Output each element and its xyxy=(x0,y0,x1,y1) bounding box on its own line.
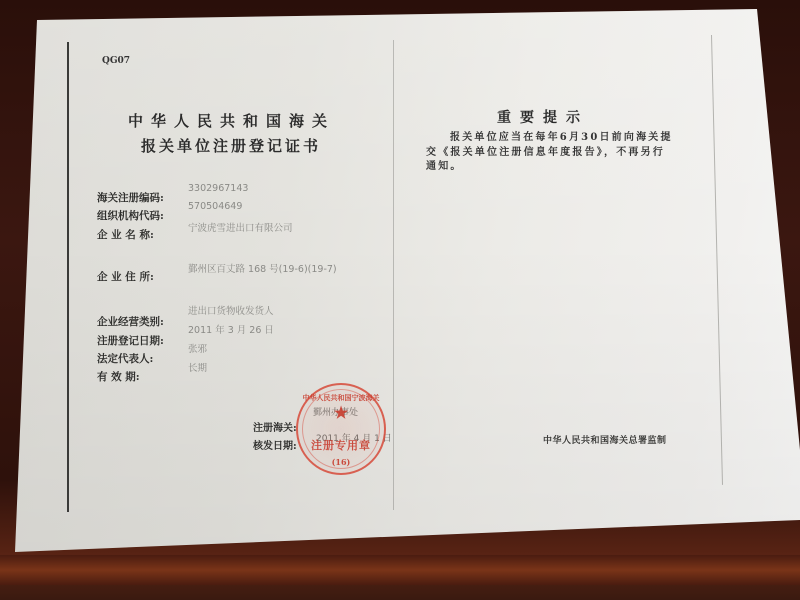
notice-body: 报关单位应当在每年6月30日前向海关提交《报关单位注册信息年度报告》，不再另行通… xyxy=(426,131,676,175)
form-code: QG07 xyxy=(102,56,130,66)
certificate-title-line1: 中华人民共和国海关 xyxy=(128,110,335,131)
notice-title: 重要提示 xyxy=(497,107,589,127)
official-seal: 中华人民共和国宁波海关 ★ 注册专用章 (16) xyxy=(296,383,386,475)
customs-reg-no-label: 海关注册编码: xyxy=(97,190,164,205)
registration-date-label: 注册登记日期: xyxy=(97,333,164,348)
business-type-label: 企业经营类别: xyxy=(97,314,164,329)
company-address-value: 鄞州区百丈路 168 号(19-6)(19-7) xyxy=(188,261,337,275)
table-surface xyxy=(0,555,800,585)
seal-top-text: 中华人民共和国宁波海关 xyxy=(298,393,384,403)
business-type-value: 进出口货物收发货人 xyxy=(188,303,274,317)
fold-line xyxy=(393,40,394,510)
company-name-value: 宁波虎雪进出口有限公司 xyxy=(188,220,293,234)
company-name-label: 企 业 名 称: xyxy=(97,227,154,242)
certificate-paper xyxy=(0,0,800,600)
seal-number: (16) xyxy=(298,457,384,467)
legal-rep-value: 张邪 xyxy=(188,341,207,355)
registration-date-value: 2011 年 3 月 26 日 xyxy=(188,322,274,336)
issue-date-label: 核发日期: xyxy=(253,437,297,452)
star-icon: ★ xyxy=(298,403,384,422)
company-address-label: 企 业 住 所: xyxy=(97,269,154,284)
reg-customs-label: 注册海关: xyxy=(253,419,297,434)
org-code-value: 570504649 xyxy=(188,201,242,212)
legal-rep-label: 法定代表人: xyxy=(97,351,153,366)
seal-main-text: 注册专用章 xyxy=(298,437,384,453)
validity-value: 长期 xyxy=(188,360,207,374)
validity-label: 有 效 期: xyxy=(97,369,140,384)
margin-rule xyxy=(67,42,69,512)
issuer-line: 中华人民共和国海关总署监制 xyxy=(543,433,667,446)
customs-reg-no-value: 3302967143 xyxy=(188,183,248,194)
org-code-label: 组织机构代码: xyxy=(97,208,164,223)
certificate-title-line2: 报关单位注册登记证书 xyxy=(141,135,321,156)
